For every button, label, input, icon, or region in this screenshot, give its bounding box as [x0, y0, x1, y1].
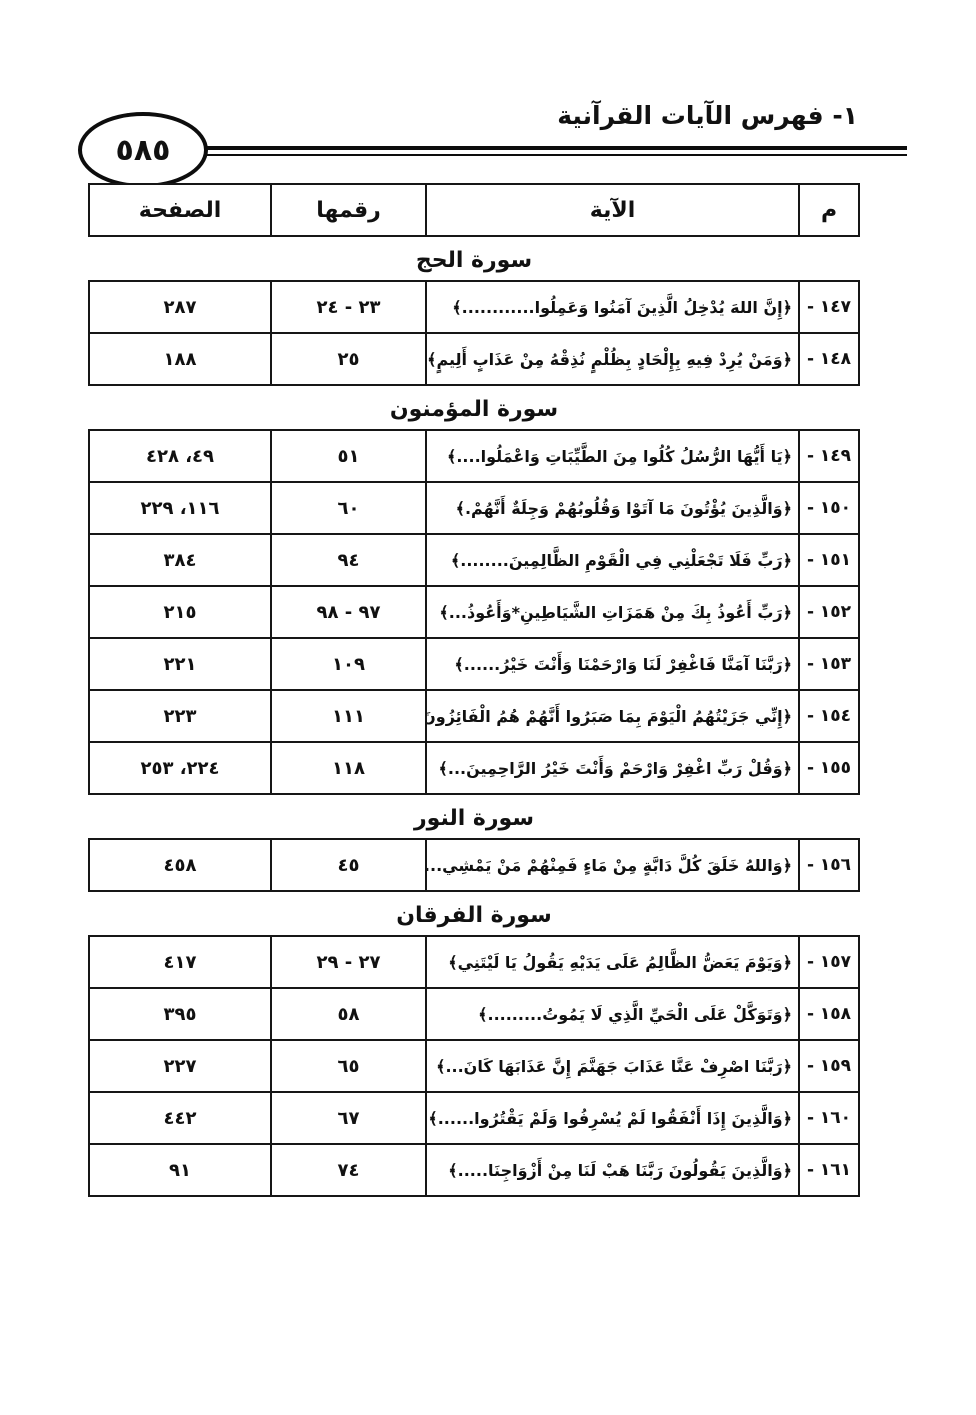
number-cell: ١١١ [271, 690, 426, 742]
section-table-al-muminun: ١٤٩ - ﴿يَا أَيُّهَا الرُّسُلُ كُلُوا مِن… [88, 429, 860, 795]
verse-cell: ﴿وَالَّذِينَ يَقُولُونَ رَبَّنَا هَبْ لَ… [426, 1144, 799, 1196]
number-cell: ٦٠ [271, 482, 426, 534]
table-row: ١٥١ - ﴿رَبِّ فَلَا تَجْعَلْنِي فِي الْقَ… [89, 534, 859, 586]
number-cell: ١٠٩ [271, 638, 426, 690]
serial-cell: ١٥٢ - [799, 586, 859, 638]
page-cell: ٩١ [89, 1144, 271, 1196]
number-cell: ٤٥ [271, 839, 426, 891]
table-row: ١٥٣ - ﴿رَبَّنَا آمَنَّا فَاغْفِرْ لَنَا … [89, 638, 859, 690]
verse-cell: ﴿وَقُلْ رَبِّ اغْفِرْ وَارْحَمْ وَأَنْتَ… [426, 742, 799, 794]
number-cell: ٩٧ - ٩٨ [271, 586, 426, 638]
table-row: ١٥٨ - ﴿وَتَوَكَّلْ عَلَى الْحَيِّ الَّذِ… [89, 988, 859, 1040]
table-row: ١٦٠ - ﴿وَالَّذِينَ إِذَا أَنْفَقُوا لَمْ… [89, 1092, 859, 1144]
verse-cell: ﴿رَبَّنَا اصْرِفْ عَنَّا عَذَابَ جَهَنَّ… [426, 1040, 799, 1092]
verse-cell: ﴿وَيَوْمَ يَعَضُّ الظَّالِمُ عَلَى يَدَي… [426, 936, 799, 988]
page-cell: ٤٩، ٤٢٨ [89, 430, 271, 482]
number-cell: ٥٨ [271, 988, 426, 1040]
verse-cell: ﴿إِنِّي جَزَيْتُهُمُ الْيَوْمَ بِمَا صَب… [426, 690, 799, 742]
verse-cell: ﴿رَبِّ فَلَا تَجْعَلْنِي فِي الْقَوْمِ ا… [426, 534, 799, 586]
header-rule [203, 146, 907, 156]
serial-cell: ١٥٥ - [799, 742, 859, 794]
serial-cell: ١٤٨ - [799, 333, 859, 385]
page-cell: ٢٨٧ [89, 281, 271, 333]
number-cell: ٢٥ [271, 333, 426, 385]
verse-cell: ﴿وَالَّذِينَ يُؤْتُونَ مَا آتَوْا وَقُلُ… [426, 482, 799, 534]
table-row: ١٤٨ - ﴿وَمَنْ يُرِدْ فِيهِ بِإِلْحَادٍ ب… [89, 333, 859, 385]
page-number: ٥٨٥ [116, 133, 171, 168]
section-table-al-furqan: ١٥٧ - ﴿وَيَوْمَ يَعَضُّ الظَّالِمُ عَلَى… [88, 935, 860, 1197]
serial-cell: ١٦١ - [799, 1144, 859, 1196]
page-title: ١- فهرس الآيات القرآنية [557, 101, 858, 130]
section-title-al-hajj: سورة الحج [88, 248, 860, 273]
serial-cell: ١٥١ - [799, 534, 859, 586]
page-cell: ٢٢٣ [89, 690, 271, 742]
serial-cell: ١٥٤ - [799, 690, 859, 742]
page-cell: ٢١٥ [89, 586, 271, 638]
number-cell: ٢٣ - ٢٤ [271, 281, 426, 333]
serial-cell: ١٥٨ - [799, 988, 859, 1040]
header-row: م الآية رقمها الصفحة [89, 184, 859, 236]
serial-cell: ١٥٩ - [799, 1040, 859, 1092]
serial-cell: ١٥٧ - [799, 936, 859, 988]
section-title-al-muminun: سورة المؤمنون [88, 397, 860, 422]
table-row: ١٥٢ - ﴿رَبِّ أَعُوذُ بِكَ مِنْ هَمَزَاتِ… [89, 586, 859, 638]
page-cell: ٢٢١ [89, 638, 271, 690]
table-row: ١٥٠ - ﴿وَالَّذِينَ يُؤْتُونَ مَا آتَوْا … [89, 482, 859, 534]
page-cell: ١١٦، ٢٢٩ [89, 482, 271, 534]
table-row: ١٤٩ - ﴿يَا أَيُّهَا الرُّسُلُ كُلُوا مِن… [89, 430, 859, 482]
verse-cell: ﴿يَا أَيُّهَا الرُّسُلُ كُلُوا مِنَ الطَ… [426, 430, 799, 482]
verse-cell: ﴿وَتَوَكَّلْ عَلَى الْحَيِّ الَّذِي لَا … [426, 988, 799, 1040]
serial-cell: ١٤٧ - [799, 281, 859, 333]
page-cell: ٢٢٧ [89, 1040, 271, 1092]
column-header-number: رقمها [271, 184, 426, 236]
section-table-al-hajj: ١٤٧ - ﴿إِنَّ اللهَ يُدْخِلُ الَّذِينَ آم… [88, 280, 860, 386]
index-table-area: م الآية رقمها الصفحة سورة الحج ١٤٧ - ﴿إِ… [88, 183, 860, 1197]
serial-cell: ١٦٠ - [799, 1092, 859, 1144]
page-cell: ٤٤٢ [89, 1092, 271, 1144]
table-row: ١٥٩ - ﴿رَبَّنَا اصْرِفْ عَنَّا عَذَابَ ج… [89, 1040, 859, 1092]
page-cell: ٣٩٥ [89, 988, 271, 1040]
number-cell: ٩٤ [271, 534, 426, 586]
serial-cell: ١٥٣ - [799, 638, 859, 690]
verse-cell: ﴿رَبِّ أَعُوذُ بِكَ مِنْ هَمَزَاتِ الشَّ… [426, 586, 799, 638]
page-cell: ٤٥٨ [89, 839, 271, 891]
number-cell: ٢٧ - ٢٩ [271, 936, 426, 988]
table-row: ١٥٥ - ﴿وَقُلْ رَبِّ اغْفِرْ وَارْحَمْ وَ… [89, 742, 859, 794]
page-cell: ٤١٧ [89, 936, 271, 988]
section-table-an-nur: ١٥٦ - ﴿وَاللهُ خَلَقَ كُلَّ دَابَّةٍ مِن… [88, 838, 860, 892]
number-cell: ٧٤ [271, 1144, 426, 1196]
page-cell: ٣٨٤ [89, 534, 271, 586]
column-header-serial: م [799, 184, 859, 236]
verse-cell: ﴿إِنَّ اللهَ يُدْخِلُ الَّذِينَ آمَنُوا … [426, 281, 799, 333]
index-header-table: م الآية رقمها الصفحة [88, 183, 860, 237]
table-row: ١٥٦ - ﴿وَاللهُ خَلَقَ كُلَّ دَابَّةٍ مِن… [89, 839, 859, 891]
table-row: ١٦١ - ﴿وَالَّذِينَ يَقُولُونَ رَبَّنَا ه… [89, 1144, 859, 1196]
table-row: ١٤٧ - ﴿إِنَّ اللهَ يُدْخِلُ الَّذِينَ آم… [89, 281, 859, 333]
number-cell: ٥١ [271, 430, 426, 482]
section-title-an-nur: سورة النور [88, 806, 860, 831]
page-cell: ١٨٨ [89, 333, 271, 385]
column-header-verse: الآية [426, 184, 799, 236]
verse-cell: ﴿وَاللهُ خَلَقَ كُلَّ دَابَّةٍ مِنْ مَاء… [426, 839, 799, 891]
page-cell: ٢٢٤، ٢٥٣ [89, 742, 271, 794]
number-cell: ٦٧ [271, 1092, 426, 1144]
verse-cell: ﴿رَبَّنَا آمَنَّا فَاغْفِرْ لَنَا وَارْح… [426, 638, 799, 690]
column-header-page: الصفحة [89, 184, 271, 236]
verse-cell: ﴿وَالَّذِينَ إِذَا أَنْفَقُوا لَمْ يُسْر… [426, 1092, 799, 1144]
number-cell: ١١٨ [271, 742, 426, 794]
serial-cell: ١٤٩ - [799, 430, 859, 482]
number-cell: ٦٥ [271, 1040, 426, 1092]
table-row: ١٥٤ - ﴿إِنِّي جَزَيْتُهُمُ الْيَوْمَ بِم… [89, 690, 859, 742]
section-title-al-furqan: سورة الفرقان [88, 903, 860, 928]
serial-cell: ١٥٦ - [799, 839, 859, 891]
page-number-badge: ٥٨٥ [78, 112, 208, 188]
serial-cell: ١٥٠ - [799, 482, 859, 534]
book-page: { "page": { "badge": "٥٨٥", "title": "١-… [0, 0, 976, 1415]
table-row: ١٥٧ - ﴿وَيَوْمَ يَعَضُّ الظَّالِمُ عَلَى… [89, 936, 859, 988]
verse-cell: ﴿وَمَنْ يُرِدْ فِيهِ بِإِلْحَادٍ بِظُلْم… [426, 333, 799, 385]
